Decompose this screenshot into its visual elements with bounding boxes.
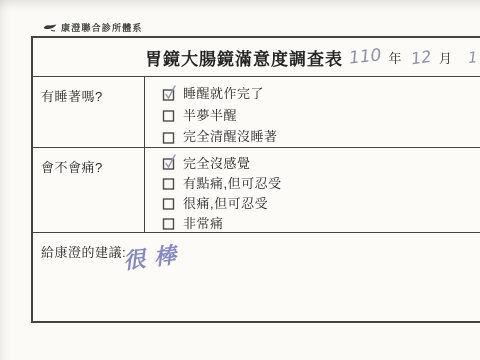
checkbox-icon [162, 173, 176, 191]
survey-form-table: 胃鏡大腸鏡滿意度調查表 110 年 12 月 11 有睡著嗎? 睡醒就作完了 [31, 36, 480, 323]
question-label-pain: 會不會痛? [33, 148, 145, 232]
option-label: 非常痛 [183, 213, 224, 232]
question-options-pain: 完全沒感覺 有點痛,但可忍受 很痛,但可忍受 [145, 148, 480, 232]
option-row: 非常痛 [162, 212, 480, 232]
form-title-row: 胃鏡大腸鏡滿意度調查表 110 年 12 月 11 [33, 38, 480, 77]
checkbox-icon [162, 193, 176, 211]
option-row: 有點痛,但可忍受 [162, 172, 480, 192]
date-day-handwritten: 11 [467, 47, 480, 67]
option-label: 有點痛,但可忍受 [183, 173, 282, 192]
checkbox-icon [162, 127, 176, 145]
question-row-pain: 會不會痛? 完全沒感覺 有點痛,但可忍受 [33, 148, 480, 233]
checkbox-icon [162, 84, 176, 102]
option-label: 完全清醒沒睡著 [183, 126, 278, 145]
option-row: 完全清醒沒睡著 [162, 126, 480, 146]
checkbox-icon [162, 213, 176, 231]
date-month-unit: 月 [439, 48, 452, 67]
date-year-unit: 年 [388, 48, 401, 67]
option-label: 半夢半醒 [183, 105, 237, 124]
option-label: 完全沒感覺 [183, 153, 251, 172]
suggestion-label: 給康澄的建議: [41, 245, 126, 260]
checkbox-icon [162, 153, 176, 171]
date-year-handwritten: 110 [348, 45, 382, 68]
suggestion-handwriting: 很棒 [121, 237, 186, 275]
date-month-handwritten: 12 [410, 46, 433, 68]
option-row: 半夢半醒 [162, 104, 480, 124]
scanned-survey-page: 康澄聯合診所體系 胃鏡大腸鏡滿意度調查表 110 年 12 月 11 有睡著嗎?… [0, 0, 480, 360]
option-row: 很痛,但可忍受 [162, 192, 480, 212]
form-title: 胃鏡大腸鏡滿意度調查表 [145, 45, 343, 70]
question-row-sleep: 有睡著嗎? 睡醒就作完了 半夢半醒 [33, 77, 480, 148]
option-row: 睡醒就作完了 [162, 83, 480, 103]
option-label: 睡醒就作完了 [183, 83, 264, 102]
option-label: 很痛,但可忍受 [183, 193, 268, 212]
checkbox-icon [162, 105, 176, 123]
option-row: 完全沒感覺 [162, 152, 480, 172]
bird-logo-icon [43, 23, 57, 33]
question-label-sleep: 有睡著嗎? [33, 77, 145, 147]
clinic-logo-text: 康澄聯合診所體系 [61, 21, 143, 34]
question-options-sleep: 睡醒就作完了 半夢半醒 完全清醒沒睡著 [145, 77, 480, 147]
suggestion-row: 給康澄的建議: 很棒 [33, 233, 480, 321]
clinic-logo: 康澄聯合診所體系 [43, 21, 143, 34]
